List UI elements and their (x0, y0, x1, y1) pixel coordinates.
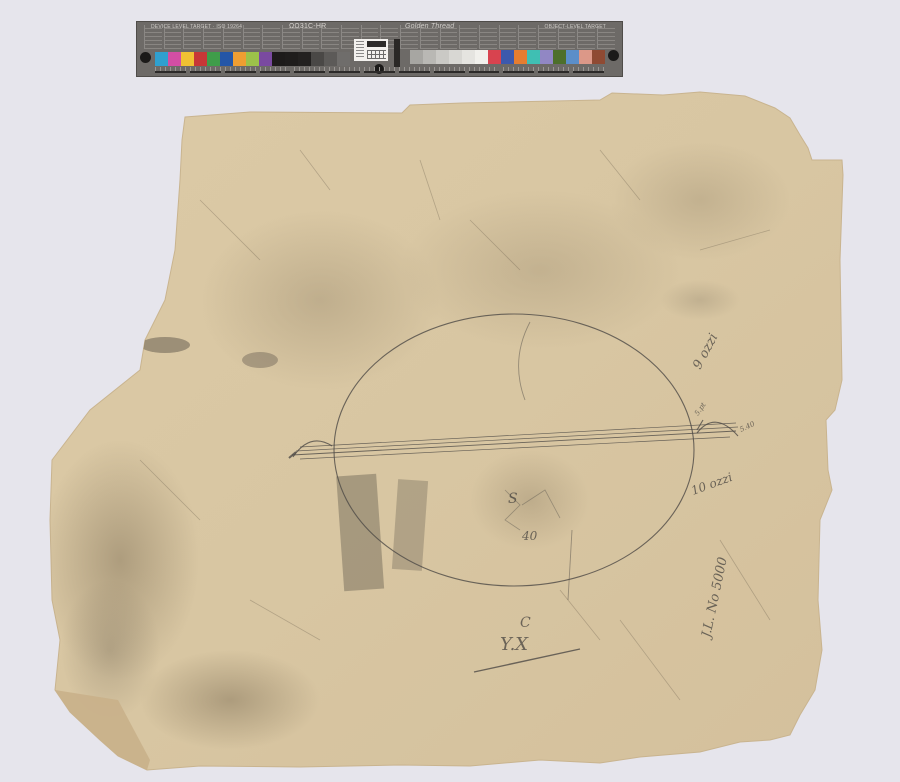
note-c: C (520, 615, 531, 631)
paper-artifact: 9 ozzi 10 ozzi 5.40 5.pt J.L. No 5000 40… (0, 0, 900, 782)
note-yx: Y.X (500, 634, 529, 655)
note-center-glyph: S (508, 491, 518, 507)
paper-sheet: 9 ozzi 10 ozzi 5.40 5.pt J.L. No 5000 40… (0, 0, 900, 782)
note-40: 40 (521, 529, 538, 543)
